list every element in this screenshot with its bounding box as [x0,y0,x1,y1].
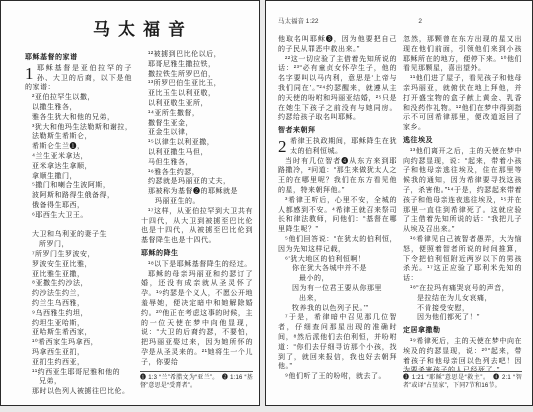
left-page-column-2: ¹²被掳到巴比伦以后，耶哥尼雅生撒拉铁，撒拉铁生所罗巴伯，¹³所罗巴伯生亚比玉，… [141,50,253,394]
right-page-column-2: 忽然，那颗曾在东方出现的星又出现在他们前面，引领他们来到小孩耶稣所在的地方，便停… [403,35,522,391]
verse-paragraph: ³希律王听后，心里不安，全城的人都感到不安。⁴希律王就召来祭司长和律法教师，问他… [278,196,397,235]
section-heading: 耶稣基督的家谱 [25,53,132,63]
chapter-text: 耶稣基督是亚伯拉罕的子孙、大卫的后裔，以下是他的家谱： [25,65,132,92]
poem-line: 约瑟就是玛丽亚的丈夫， [141,177,253,187]
verse-paragraph: ⁹他们听了王的吩咐，就去了。 [278,372,397,382]
poem-line: 马但生雅各， [141,158,253,168]
poem-line: ¹⁰希西家生玛拿西， [25,338,132,348]
book-spread: 马太福音 耶稣基督的家谱1耶稣基督是亚伯拉罕的子孙、大卫的后裔，以下是他的家谱：… [0,0,533,412]
poem-line: 以撒生雅各， [25,103,132,113]
page-right: 马太福音 1:22 2 他取名叫耶稣❸，因为他要把自己的子民从罪恶中救出来。”²… [265,0,533,406]
poem-line: 约坦生亚哈斯， [25,319,132,329]
verse-paragraph: 他取名叫耶稣❸，因为他要把自己的子民从罪恶中救出来。” [278,35,397,55]
left-page-columns: 耶稣基督的家谱1耶稣基督是亚伯拉罕的子孙、大卫的后裔，以下是他的家谱：²亚伯拉罕… [25,50,253,394]
chapter-paragraph: 2希律王执政期间，耶稣降生在犹太的伯利恒城。 [278,137,397,157]
right-page-column-1: 他取名叫耶稣❸，因为他要把自己的子民从罪恶中救出来。”²²这一切应验了主借着先知… [278,35,397,391]
footnotes-right: ❸ 1:21 “耶稣”意思是“救主”。 ❹ 2:1 “智者”或译“占星家”，下同… [403,371,522,390]
poem-line: ²亚伯拉罕生以撒， [25,93,132,103]
poem-line: 俄备得生耶西， [25,201,132,211]
poem-line: 出来， [278,294,397,304]
verse-paragraph: 耶稣的母亲玛丽亚和约瑟订了婚，还没有成亲就从圣灵怀了孕。¹⁹约瑟是个义人，不愿公… [141,270,253,368]
poem-line: 以利亚敬生亚所， [141,99,253,109]
poem-line: 最小的， [278,274,397,284]
poem-line: ³犹大和他玛生法勒斯和谢拉， [25,123,132,133]
poem-line: ¹⁸“在拉玛有痛哭哀号的声音， [403,284,522,294]
poem-line: 牧养我的以色列子民。’” [278,304,397,314]
poem-line: 大卫和乌利亚的妻子生 [25,230,132,240]
poem-line: 兄弟， [25,377,132,387]
poem-line: 亚哈斯生希西家， [25,328,132,338]
poem-line: 耶哥尼雅生撒拉铁， [141,60,253,70]
chapter-text: 希律王执政期间，耶稣降生在犹太的伯利恒城。 [290,138,397,155]
poem-line: 罗波安生亚比雅， [25,260,132,270]
poem-line: 所罗门， [25,240,132,250]
poem-line: 是拉结在为儿女哀痛， [403,294,522,304]
poem-line: ¹²被掳到巴比伦以后， [141,50,253,60]
poem-line: 拿顺生撒门， [25,172,132,182]
page-number: 2 [318,18,522,25]
verse-paragraph: 忽然，那颗曾在东方出现的星又出现在他们前面，引领他们来到小孩耶稣所在的地方，便停… [403,35,522,74]
poem-line: ¹¹约西亚生耶哥尼雅和他的 [25,368,132,378]
poem-line: 那被称为基督❷的耶稣就是 [141,187,253,197]
book-title: 马太福音 [25,15,253,40]
verse-paragraph: ¹⁸以下是耶稣基督降生的经过。 [141,260,253,270]
section-heading: 逃往埃及 [403,136,522,146]
right-page-columns: 他取名叫耶稣❸，因为他要把自己的子民从罪恶中救出来。”²²这一切应验了主借着先知… [278,35,522,391]
poem-line: 不肯接受安慰， [403,304,522,314]
verse-paragraph: ¹⁶希律见自己被智者愚弄，大为恼怒，便照着智者所说的时间推算，下令把伯利恒附近两… [403,235,522,284]
poem-line: ¹⁴亚所生撒督， [141,109,253,119]
poem-line: ¹³所罗巴伯生亚比玉， [141,79,253,89]
chapter-number: 2 [278,138,287,156]
poem-line: 约沙法生约兰， [25,289,132,299]
left-page-column-1: 耶稣基督的家谱1耶稣基督是亚伯拉罕的子孙、大卫的后裔，以下是他的家谱：²亚伯拉罕… [25,50,132,394]
verse-paragraph: ¹¹他们进了屋子，看见孩子和他母亲玛丽亚，就俯伏在地上拜他，并打开盛宝物的盒子献… [403,74,522,133]
poem-line: 波阿斯和路得生俄备得， [25,191,132,201]
poem-block: ¹²被掳到巴比伦以后，耶哥尼雅生撒拉铁，撒拉铁生所罗巴伯，¹³所罗巴伯生亚比玉，… [141,50,253,207]
poem-line: ⁶‘犹大地区的伯利恒啊！ [278,255,397,265]
poem-line: 亚比玉生以利亚敬， [141,89,253,99]
poem-line: ⁸亚撒生约沙法， [25,279,132,289]
poem-line: ⁶耶西生大卫王。 [25,211,132,221]
poem-block: ¹⁸“在拉玛有痛哭哀号的声音，是拉结在为儿女哀痛，不肯接受安慰，因为他们都死了！… [403,284,522,323]
verse-paragraph: ⁵他们回答说：“在犹太的伯利恒，因为先知这样记载， [278,235,397,255]
verse-paragraph: 当时有几位智者❹从东方来到耶路撒冷，²问道：“那生来做犹太人之王的在哪里呢？我们… [278,157,397,196]
chapter-number: 1 [25,65,34,83]
poem-block: 大卫和乌利亚的妻子生所罗门，⁷所罗门生罗波安，罗波安生亚比雅，亚比雅生亚撒，⁸亚… [25,230,132,394]
poem-line: ⁷所罗门生罗波安， [25,250,132,260]
chapter-paragraph: 1耶稣基督是亚伯拉罕的子孙、大卫的后裔，以下是他的家谱： [25,64,132,93]
running-head-title: 马太福音 1:22 [278,16,318,25]
poem-line: 亚比雅生亚撒， [25,270,132,280]
poem-line: 因为他们都死了！” [403,313,522,323]
poem-line: 亚扪生约西亚， [25,358,132,368]
poem-block: ⁶‘犹大地区的伯利恒啊！你在犹大各城中并不是最小的，因为有一位君王要从你那里出来… [278,255,397,314]
poem-line: 亚金生以律， [141,128,253,138]
poem-line: 玛丽亚生的。 [141,197,253,207]
poem-line: ¹⁵以律生以利亚撒， [141,138,253,148]
poem-line: 因为有一位君王要从你那里 [278,284,397,294]
section-heading: 智者来朝拜 [278,126,397,136]
running-head: 马太福音 1:22 2 [278,16,522,26]
poem-line: ¹⁶雅各生约瑟， [141,168,253,178]
footnote-item: ❶ 1:3 “兰”希腊文为“亚兰”。 [140,375,219,381]
poem-line: 雅各生犹大和他的兄弟， [25,113,132,123]
footnote-item: ❸ 1:21 “耶稣”意思是“救主”。 [403,375,490,381]
poem-line: 以利亚撒生马但， [141,148,253,158]
poem-line: 撒拉铁生所罗巴伯， [141,70,253,80]
poem-line: ⁴兰生亚米拿达， [25,152,132,162]
poem-block: ²亚伯拉罕生以撒，以撒生雅各，雅各生犹大和他的兄弟，³犹大和他玛生法勒斯和谢拉，… [25,93,132,220]
poem-line: ⁹乌西雅生约坦， [25,309,132,319]
verse-paragraph: ²²这一切应验了主借着先知所说的话：²³“必有童贞女怀孕生子，他的名字要叫以马内… [278,55,397,124]
poem-line: 法勒斯生希斯仑， [25,132,132,142]
poem-line: 你在犹大各城中并不是 [278,264,397,274]
poem-line: ⁵撒门和喇合生波阿斯， [25,181,132,191]
poem-line: 亚米拿达生拿顺， [25,162,132,172]
poem-line: 撒督生亚金， [141,119,253,129]
section-heading: 耶稣的降生 [141,249,253,259]
footnotes-left: ❶ 1:3 “兰”希腊文为“亚兰”。 ❷ 1:16 “基督”意思是“受膏者”。 [140,371,253,390]
section-heading: 定居拿撒勒 [403,326,522,336]
poem-line: 玛拿西生亚扪， [25,348,132,358]
poem-line: 约兰生乌西雅， [25,299,132,309]
page-left: 马太福音 耶稣基督的家谱1耶稣基督是亚伯拉罕的子孙、大卫的后裔，以下是他的家谱：… [0,0,260,406]
poem-line: 那时以色列人被掳往巴比伦。 [25,387,132,394]
poem-line: 希斯仑生兰❶， [25,142,132,152]
verse-paragraph: ⁷于是，希律暗中召见那几位智者，仔细查问那星出现的准确时间，⁸然后派他们去伯利恒… [278,313,397,372]
verse-paragraph: ¹⁷这样，从亚伯拉罕到大卫共有十四代，从大卫到被掳至巴比伦也是十四代，从被掳至巴… [141,207,253,246]
verse-paragraph: ¹³他们离开之后，主的天使在梦中向约瑟显现，说：“起来，带着小孩子和他母亲逃往埃… [403,147,522,235]
